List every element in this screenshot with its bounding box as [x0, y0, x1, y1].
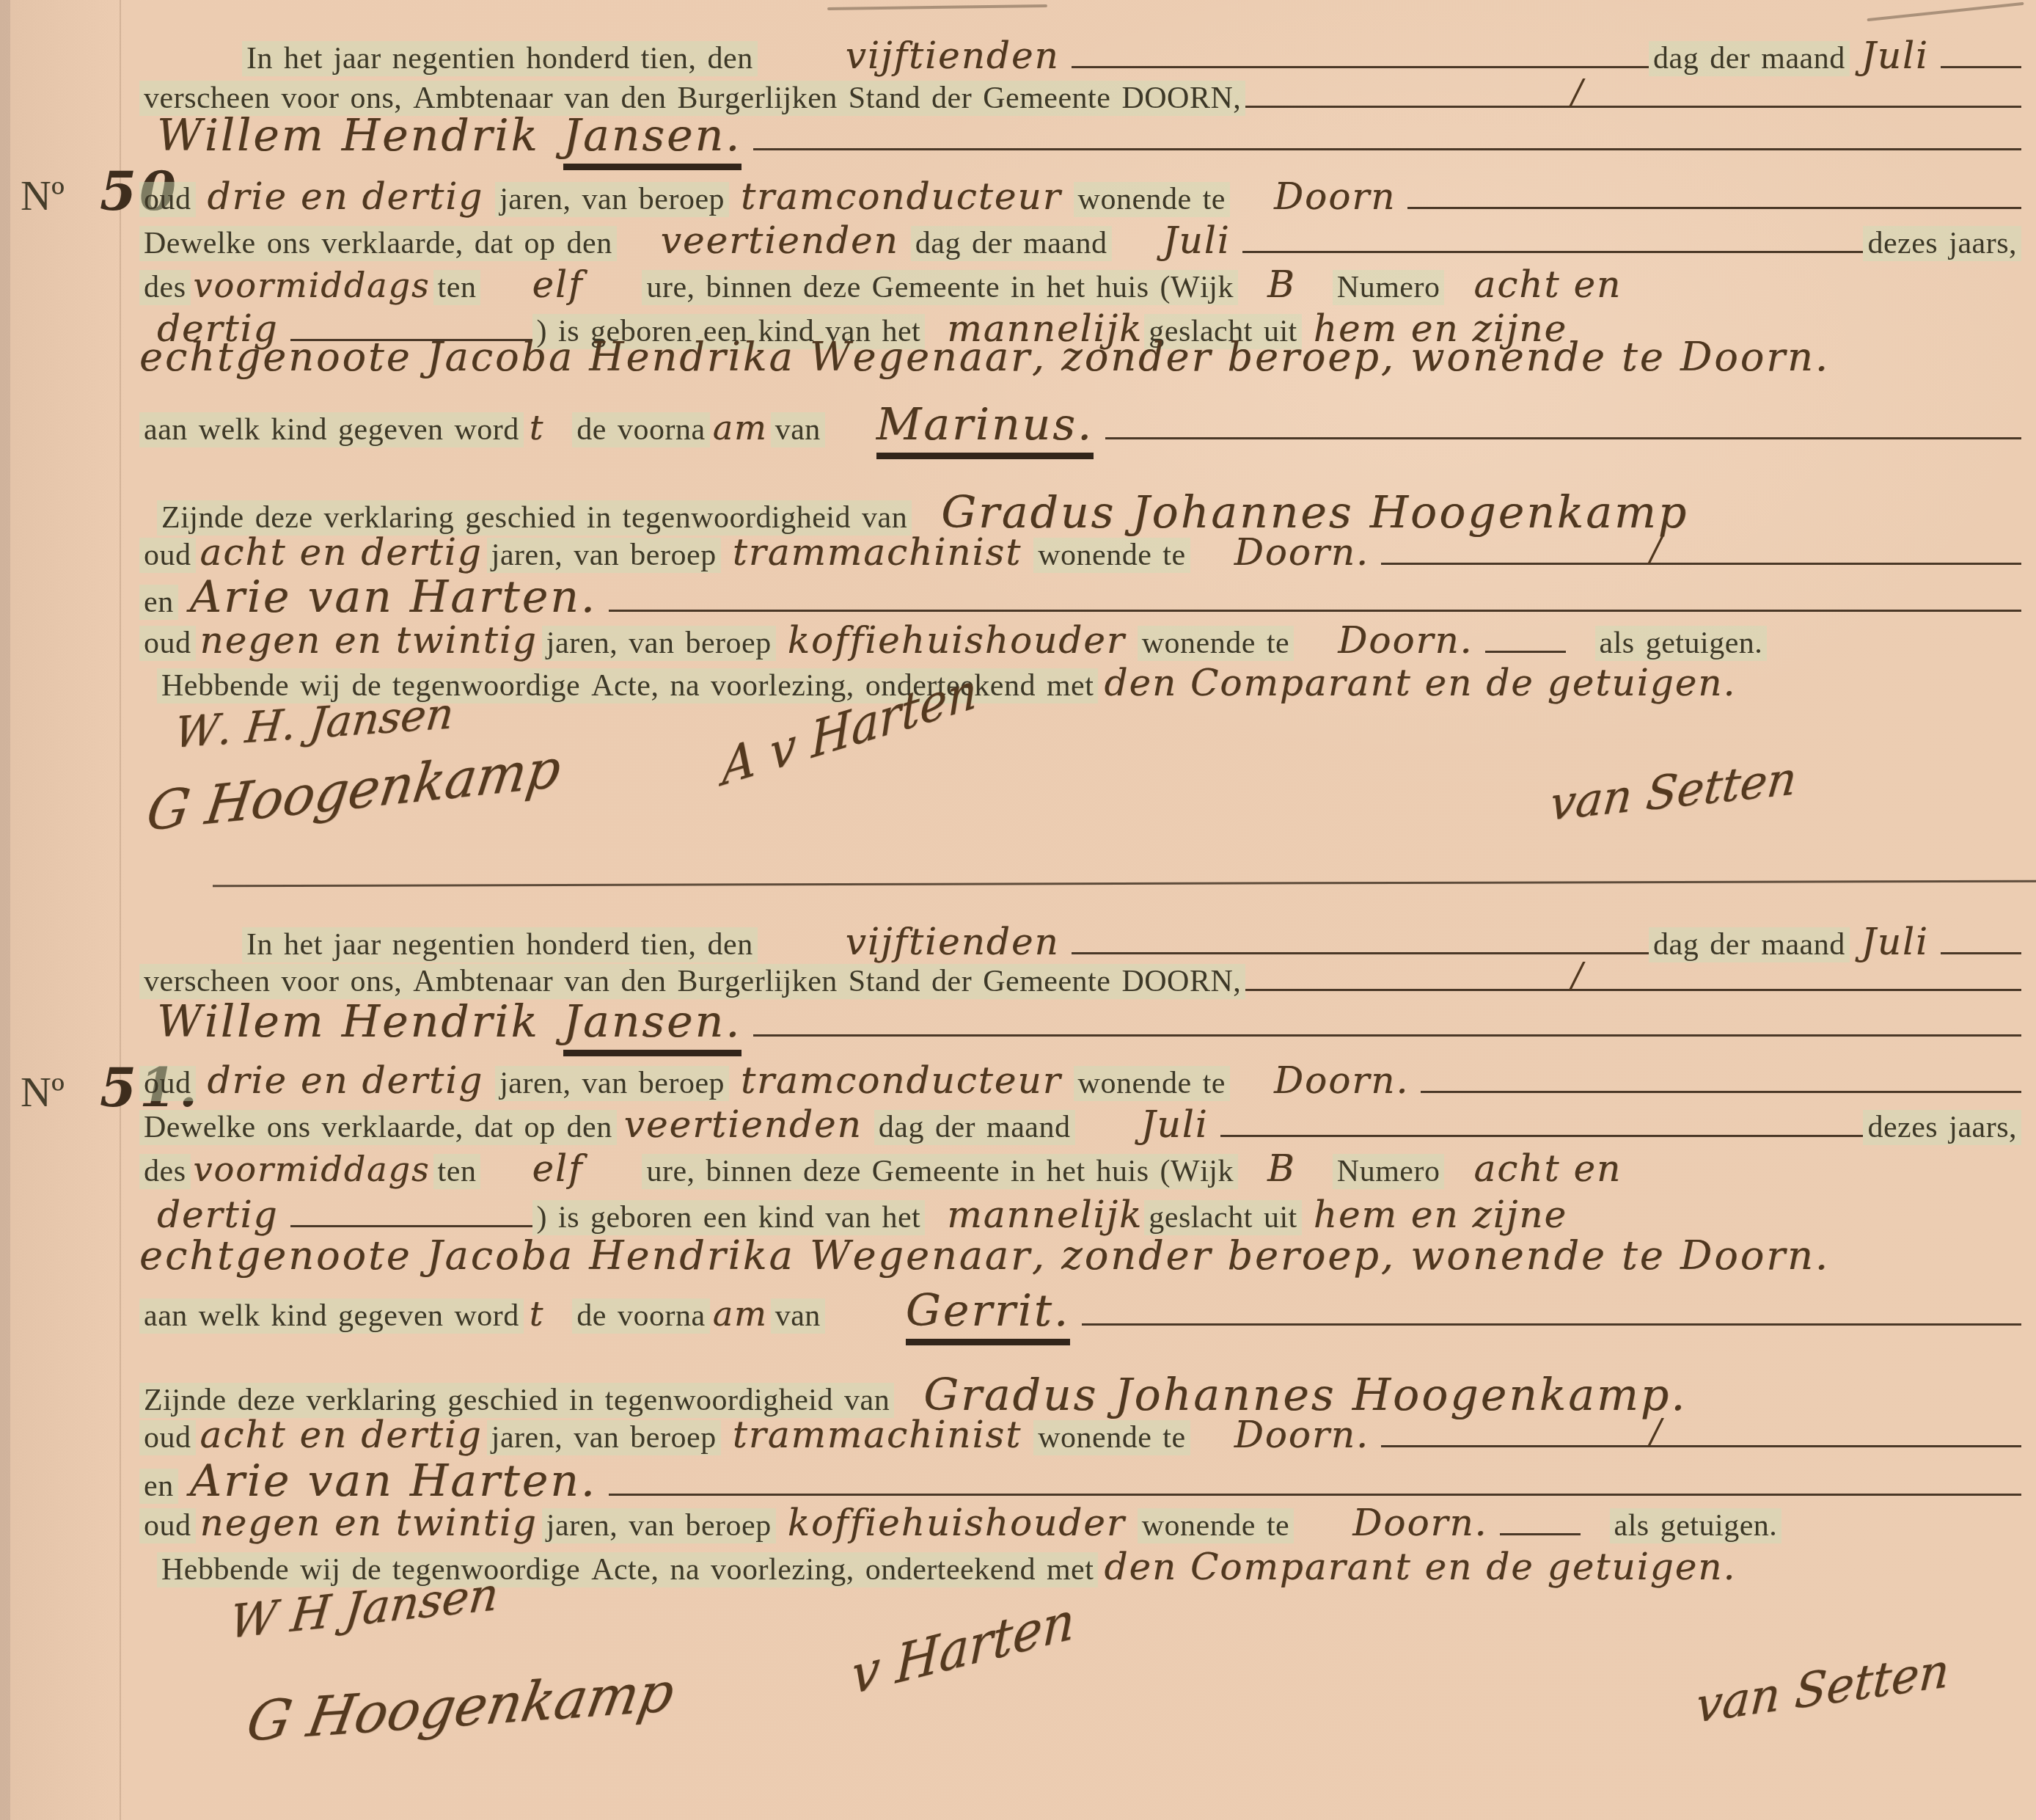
act51-line-date: In het jaar negentien honderd tien, den … — [139, 921, 2021, 963]
handwritten-birth-day: veertienden — [661, 219, 899, 262]
handwritten-witness1-profession: trammachinist — [733, 531, 1022, 574]
printed-text: Zijnde deze verklaring geschied in tegen… — [157, 500, 912, 536]
act51-line-witness1-details: oud acht en dertig jaren, van beroep tra… — [139, 1414, 2021, 1456]
act51-line-declarant-details: oud drie en dertig jaren, van beroep tra… — [139, 1059, 2021, 1102]
printed-text: In het jaar negentien honderd tien, den — [242, 41, 758, 76]
ruled-blank — [609, 606, 2021, 612]
handwritten-age: drie en dertig — [208, 175, 484, 218]
act50-line-time-house: des voormiddags ten elf ure, binnen deze… — [139, 263, 2021, 306]
previous-act-pen-fragment — [1867, 2, 2024, 21]
printed-text: jaren, van beroep — [495, 1066, 729, 1101]
handwritten-day: vijftienden — [846, 921, 1060, 963]
printed-text: dag der maand — [911, 226, 1112, 261]
ruled-blank — [1242, 247, 1864, 253]
printed-text: geslacht uit — [1144, 1200, 1301, 1235]
ruled-blank — [1500, 1530, 1581, 1535]
handwritten-residence: Doorn — [1274, 175, 1396, 218]
handwritten-house-number-part1: acht en — [1473, 1147, 1622, 1190]
previous-act-rule-fragment — [827, 4, 1047, 10]
act51-line-declarant-name: Willem Hendrik Jansen. — [139, 996, 2021, 1067]
handwritten-witness2-name: Arie van Harten. — [190, 1455, 597, 1507]
handwritten-mother-name: echtgenoote Jacoba Hendrika Wegenaar, zo… — [139, 1232, 1830, 1279]
handwritten-witness1-age: acht en dertig — [200, 1414, 483, 1456]
act51-line-time-house: des voormiddags ten elf ure, binnen deze… — [139, 1147, 2021, 1190]
handwritten-witness1-age: acht en dertig — [200, 531, 483, 574]
handwritten-house-number-part1: acht en — [1473, 263, 1622, 306]
printed-text: als getuigen. — [1595, 626, 1768, 661]
printed-text: ) is geboren een kind van het — [532, 1200, 926, 1235]
handwritten-daypart: voormiddags — [194, 266, 431, 305]
pen-stroke: / — [1572, 955, 1583, 995]
birth-act-50: In het jaar negentien honderd tien, den … — [139, 22, 2021, 873]
handwritten-witness2-name: Arie van Harten. — [190, 571, 597, 623]
printed-text: Numero — [1333, 1154, 1445, 1189]
handwritten-child-name: Marinus. — [876, 399, 1094, 459]
printed-text: jaren, van beroep — [487, 1420, 721, 1455]
act51-line-childname: aan welk kind gegeven word t de voorna a… — [139, 1285, 2021, 1345]
handwritten-birth-month: Juli — [1141, 1103, 1209, 1146]
ruled-blank — [753, 145, 2021, 150]
ruled-blank: / — [1245, 102, 2021, 108]
ruled-blank: / — [1381, 559, 2021, 565]
handwritten-birth-month: Juli — [1163, 219, 1231, 262]
printed-text: en — [139, 1469, 178, 1504]
ruled-blank — [1485, 647, 1566, 653]
register-page-scan: Nº 50 In het jaar negentien honderd tien… — [0, 0, 2036, 1820]
act50-line-mother: echtgenoote Jacoba Hendrika Wegenaar, zo… — [139, 334, 2021, 404]
printed-text: oud — [139, 626, 196, 661]
printed-text: Hebbende wij de tegenwoordige Acte, na v… — [157, 1552, 1098, 1587]
handwritten-witness1-residence: Doorn. — [1234, 531, 1369, 574]
printed-text: Dewelke ons verklaarde, dat op den — [139, 1110, 617, 1145]
handwritten-wijk-letter: B — [1267, 1147, 1296, 1190]
printed-text: van — [771, 412, 825, 447]
handwritten-wijk-letter: B — [1267, 263, 1296, 306]
act50-line-declarant-name: Willem Hendrik Jansen. — [139, 110, 2021, 180]
handwritten-letters-am: am — [713, 1294, 768, 1334]
handwritten-parents-ref: hem en zijne — [1314, 1194, 1567, 1236]
birth-act-51: In het jaar negentien honderd tien, den … — [139, 921, 2021, 1764]
act50-line-witness1-details: oud acht en dertig jaren, van beroep tra… — [139, 531, 2021, 574]
printed-text: dag der maand — [1649, 927, 1850, 962]
ruled-blank — [1407, 203, 2021, 209]
ruled-blank: / — [1245, 985, 2021, 991]
printed-text: oud — [139, 538, 196, 573]
printed-text: des — [139, 270, 191, 305]
handwritten-residence: Doorn. — [1274, 1059, 1409, 1102]
handwritten-hour: elf — [532, 263, 583, 306]
act-number-label: Nº — [21, 1067, 65, 1117]
printed-text: als getuigen. — [1610, 1508, 1782, 1543]
act51-line-official: verscheen voor ons, Ambtenaar van den Bu… — [139, 964, 2021, 999]
handwritten-child-name: Gerrit. — [906, 1285, 1070, 1345]
printed-text: jaren, van beroep — [495, 182, 729, 217]
printed-text: wonende te — [1033, 538, 1190, 573]
handwritten-witness1-profession: trammachinist — [733, 1414, 1022, 1456]
printed-text: ten — [433, 1154, 481, 1189]
handwritten-birth-day: veertienden — [624, 1103, 863, 1146]
pen-stroke: / — [1650, 1411, 1662, 1451]
handwritten-hour: elf — [532, 1147, 583, 1190]
ruled-blank — [1941, 62, 2021, 68]
printed-text: wonende te — [1033, 1420, 1190, 1455]
handwritten-declarant-surname: Jansen. — [563, 996, 741, 1056]
ruled-blank — [609, 1490, 2021, 1496]
act50-line-declaration-date: Dewelke ons verklaarde, dat op den veert… — [139, 219, 2021, 262]
printed-text: Zijnde deze verklaring geschied in tegen… — [139, 1383, 894, 1418]
printed-text: Dewelke ons verklaarde, dat op den — [139, 226, 617, 261]
printed-text: oud — [139, 1508, 196, 1543]
handwritten-day: vijftienden — [846, 34, 1060, 77]
printed-text: verscheen voor ons, Ambtenaar van den Bu… — [139, 964, 1245, 999]
handwritten-sex: mannelijk — [947, 1194, 1143, 1236]
handwritten-age: drie en dertig — [208, 1059, 484, 1102]
handwritten-witness2-residence: Doorn. — [1352, 1502, 1487, 1544]
printed-text: In het jaar negentien honderd tien, den — [242, 927, 758, 962]
printed-text: de voorna — [572, 412, 709, 447]
printed-text: dezes jaars, — [1863, 226, 2021, 261]
printed-text: wonende te — [1138, 1508, 1294, 1543]
left-edge-shade — [0, 0, 10, 1820]
printed-text: de voorna — [572, 1298, 709, 1334]
act51-line-witness2-details: oud negen en twintig jaren, van beroep k… — [139, 1502, 2021, 1544]
act51-line-declaration-date: Dewelke ons verklaarde, dat op den veert… — [139, 1103, 2021, 1146]
handwritten-witness2-profession: koffiehuishouder — [788, 1502, 1126, 1544]
printed-text: jaren, van beroep — [487, 538, 721, 573]
handwritten-witness2-age: negen en twintig — [200, 1502, 538, 1544]
handwritten-witness2-age: negen en twintig — [200, 619, 538, 662]
printed-text: en — [139, 585, 178, 620]
handwritten-closing: den Comparant en de getuigen. — [1104, 662, 1736, 704]
handwritten-letter-t: t — [530, 1294, 545, 1334]
printed-text: ten — [433, 270, 481, 305]
ruled-blank — [1072, 62, 1649, 68]
margin-rule-line — [120, 0, 121, 1820]
printed-text: oud — [139, 182, 196, 217]
printed-text: dag der maand — [874, 1110, 1075, 1145]
handwritten-declarant-surname: Jansen. — [563, 110, 741, 170]
handwritten-house-number-part2: dertig — [157, 1194, 279, 1236]
handwritten-daypart: voormiddags — [194, 1150, 431, 1189]
ruled-blank — [290, 1221, 532, 1227]
printed-text: Numero — [1333, 270, 1445, 305]
act50-line-declarant-details: oud drie en dertig jaren, van beroep tra… — [139, 175, 2021, 218]
act-divider-line — [213, 880, 2036, 888]
ruled-blank — [1072, 949, 1649, 954]
handwritten-declarant-forenames: Willem Hendrik — [157, 996, 540, 1048]
ruled-blank: / — [1381, 1441, 2021, 1447]
printed-text: jaren, van beroep — [542, 1508, 776, 1543]
printed-text: oud — [139, 1420, 196, 1455]
printed-text: ure, binnen deze Gemeente in het huis (W… — [642, 270, 1238, 305]
printed-text: des — [139, 1154, 191, 1189]
ruled-blank — [1082, 1320, 2021, 1326]
ruled-blank — [1105, 434, 2021, 439]
handwritten-witness2-residence: Doorn. — [1338, 619, 1473, 662]
act50-line-childname: aan welk kind gegeven word t de voorna a… — [139, 399, 2021, 459]
handwritten-letter-t: t — [530, 408, 545, 447]
ruled-blank — [1421, 1087, 2021, 1093]
act50-line-date: In het jaar negentien honderd tien, den … — [139, 34, 2021, 77]
printed-text: dag der maand — [1649, 41, 1850, 76]
act51-line-birth: dertig ) is geboren een kind van het man… — [139, 1194, 2021, 1236]
printed-text: aan welk kind gegeven word — [139, 412, 524, 447]
handwritten-closing: den Comparant en de getuigen. — [1104, 1546, 1736, 1588]
ruled-blank — [1941, 949, 2021, 954]
handwritten-month: Juli — [1861, 921, 1929, 963]
ruled-blank — [753, 1031, 2021, 1037]
handwritten-profession: tramconducteur — [741, 175, 1062, 218]
handwritten-profession: tramconducteur — [741, 1059, 1062, 1102]
handwritten-month: Juli — [1861, 34, 1929, 77]
act-number-label: Nº — [21, 171, 65, 220]
printed-text: ure, binnen deze Gemeente in het huis (W… — [642, 1154, 1238, 1189]
printed-text: dezes jaars, — [1863, 1110, 2021, 1145]
handwritten-witness2-profession: koffiehuishouder — [788, 619, 1126, 662]
printed-text: aan welk kind gegeven word — [139, 1298, 524, 1334]
ruled-blank — [1220, 1131, 1864, 1137]
printed-text: wonende te — [1074, 182, 1230, 217]
printed-text: wonende te — [1138, 626, 1294, 661]
handwritten-mother-name: echtgenoote Jacoba Hendrika Wegenaar, zo… — [139, 334, 1830, 380]
printed-text: wonende te — [1074, 1066, 1230, 1101]
printed-text: jaren, van beroep — [542, 626, 776, 661]
printed-text: van — [771, 1298, 825, 1334]
pen-stroke: / — [1650, 529, 1662, 569]
handwritten-declarant-forenames: Willem Hendrik — [157, 110, 540, 161]
act50-line-witness2-details: oud negen en twintig jaren, van beroep k… — [139, 619, 2021, 662]
printed-text: oud — [139, 1066, 196, 1101]
pen-stroke: / — [1572, 72, 1583, 112]
handwritten-letters-am: am — [713, 408, 768, 447]
handwritten-witness1-residence: Doorn. — [1234, 1414, 1369, 1456]
